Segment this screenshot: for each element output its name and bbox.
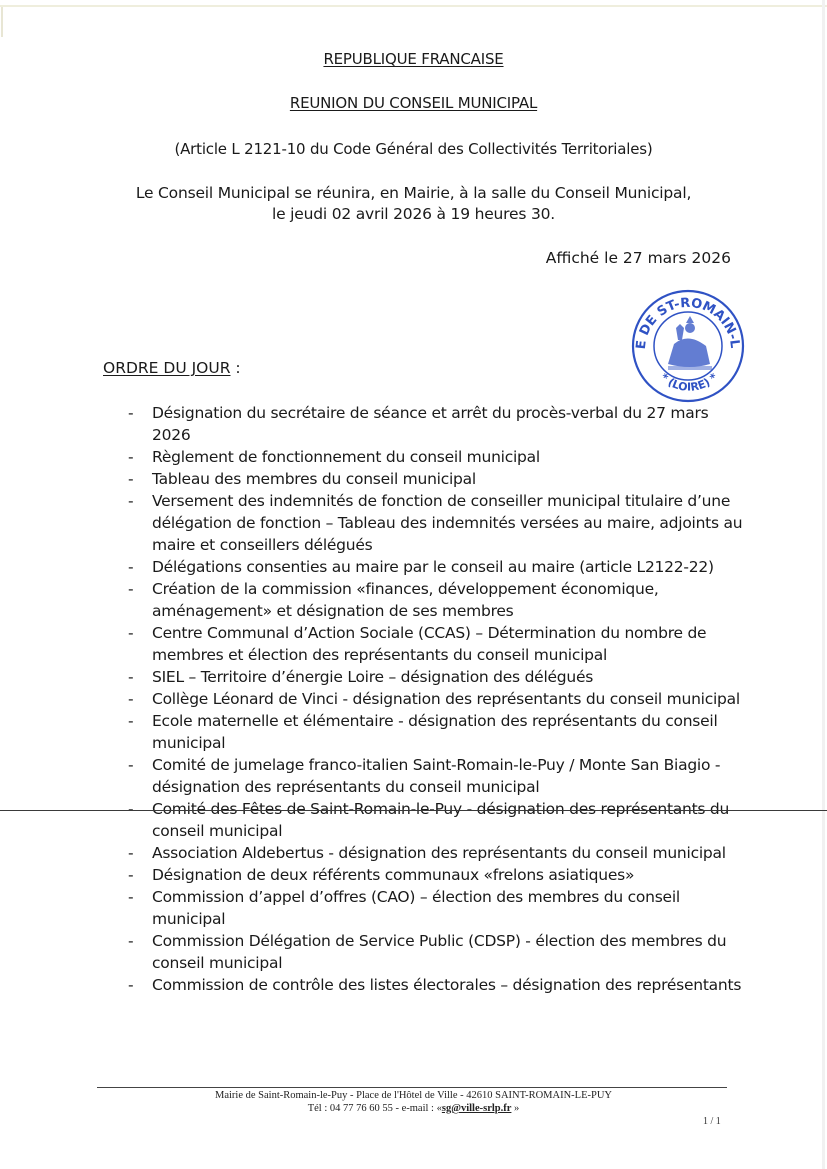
bullet-dash-icon: - xyxy=(128,402,133,424)
agenda-item: -Comité des Fêtes de Saint-Romain-le-Puy… xyxy=(0,798,827,842)
footer-email-suffix: » xyxy=(514,1103,519,1114)
bullet-dash-icon: - xyxy=(128,446,133,468)
agenda-item-text: Règlement de fonctionnement du conseil m… xyxy=(152,448,540,466)
meeting-title: REUNION DU CONSEIL MUNICIPAL xyxy=(0,94,827,112)
agenda-item-text: Collège Léonard de Vinci - désignation d… xyxy=(152,690,740,708)
agenda-item-text: Commission de contrôle des listes électo… xyxy=(152,976,741,994)
footer-contact: Tél : 04 77 76 60 55 - e-mail : «sg@vill… xyxy=(0,1103,827,1114)
bullet-dash-icon: - xyxy=(128,688,133,710)
agenda-item-text: Délégations consenties au maire par le c… xyxy=(152,558,714,576)
bullet-dash-icon: - xyxy=(128,622,133,644)
bullet-dash-icon: - xyxy=(128,864,133,886)
agenda-item-text: Désignation de deux référents communaux … xyxy=(152,866,634,884)
bullet-dash-icon: - xyxy=(128,974,133,996)
agenda-item-text: Comité des Fêtes de Saint-Romain-le-Puy … xyxy=(152,800,729,840)
footer-phone: Tél : 04 77 76 60 55 - e-mail : « xyxy=(308,1103,442,1114)
bullet-dash-icon: - xyxy=(128,842,133,864)
agenda-item: -Règlement de fonctionnement du conseil … xyxy=(0,446,827,468)
agenda-item-text: Ecole maternelle et élémentaire - désign… xyxy=(152,712,718,752)
meeting-title-text: REUNION DU CONSEIL MUNICIPAL xyxy=(290,94,537,112)
agenda-list: -Désignation du secrétaire de séance et … xyxy=(0,402,827,996)
agenda-item-text: Versement des indemnités de fonction de … xyxy=(152,492,742,554)
legal-reference: (Article L 2121-10 du Code Général des C… xyxy=(0,140,827,158)
agenda-item-text: Commission Délégation de Service Public … xyxy=(152,932,726,972)
page-number: 1 / 1 xyxy=(703,1116,721,1127)
bullet-dash-icon: - xyxy=(128,578,133,600)
bullet-dash-icon: - xyxy=(128,490,133,512)
agenda-item: -Délégations consenties au maire par le … xyxy=(0,556,827,578)
agenda-item: -SIEL – Territoire d’énergie Loire – dés… xyxy=(0,666,827,688)
bullet-dash-icon: - xyxy=(128,798,133,820)
agenda-heading-text: ORDRE DU JOUR xyxy=(103,359,231,377)
agenda-item: -Commission d’appel d’offres (CAO) – éle… xyxy=(0,886,827,930)
footer-address: Mairie de Saint-Romain-le-Puy - Place de… xyxy=(0,1090,827,1101)
agenda-item-text: Commission d’appel d’offres (CAO) – élec… xyxy=(152,888,680,928)
agenda-item: -Comité de jumelage franco-italien Saint… xyxy=(0,754,827,798)
agenda-item-text: Désignation du secrétaire de séance et a… xyxy=(152,404,708,444)
posted-date: Affiché le 27 mars 2026 xyxy=(546,249,731,267)
agenda-item: -Désignation de deux référents communaux… xyxy=(0,864,827,886)
republic-heading: REPUBLIQUE FRANCAISE xyxy=(0,50,827,68)
agenda-heading: ORDRE DU JOUR : xyxy=(103,359,241,377)
agenda-item: -Commission Délégation de Service Public… xyxy=(0,930,827,974)
bullet-dash-icon: - xyxy=(128,710,133,732)
agenda-item: -Centre Communal d’Action Sociale (CCAS)… xyxy=(0,622,827,666)
republic-heading-text: REPUBLIQUE FRANCAISE xyxy=(323,50,503,68)
footer-divider xyxy=(97,1087,727,1088)
scan-artifact-top xyxy=(0,5,827,7)
agenda-item-text: Comité de jumelage franco-italien Saint-… xyxy=(152,756,720,796)
meeting-location: Le Conseil Municipal se réunira, en Mair… xyxy=(0,184,827,202)
agenda-item-text: Association Aldebertus - désignation des… xyxy=(152,844,726,862)
scan-artifact-line xyxy=(0,810,827,811)
agenda-item: -Désignation du secrétaire de séance et … xyxy=(0,402,827,446)
agenda-item: -Commission de contrôle des listes élect… xyxy=(0,974,827,996)
agenda-item: -Tableau des membres du conseil municipa… xyxy=(0,468,827,490)
agenda-item: -Création de la commission «finances, dé… xyxy=(0,578,827,622)
agenda-heading-colon: : xyxy=(231,359,241,377)
footer-email-link[interactable]: sg@ville-srlp.fr xyxy=(442,1103,512,1114)
agenda-item: -Collège Léonard de Vinci - désignation … xyxy=(0,688,827,710)
agenda-item: -Ecole maternelle et élémentaire - désig… xyxy=(0,710,827,754)
bullet-dash-icon: - xyxy=(128,666,133,688)
bullet-dash-icon: - xyxy=(128,930,133,952)
meeting-datetime: le jeudi 02 avril 2026 à 19 heures 30. xyxy=(0,205,827,223)
agenda-item-text: SIEL – Territoire d’énergie Loire – dési… xyxy=(152,668,593,686)
svg-text:* (LOIRE) *: * (LOIRE) * xyxy=(658,371,721,394)
scan-artifact-left xyxy=(1,7,3,37)
agenda-item-text: Création de la commission «finances, dév… xyxy=(152,580,659,620)
bullet-dash-icon: - xyxy=(128,754,133,776)
bullet-dash-icon: - xyxy=(128,556,133,578)
bullet-dash-icon: - xyxy=(128,468,133,490)
agenda-item: -Association Aldebertus - désignation de… xyxy=(0,842,827,864)
agenda-item-text: Centre Communal d’Action Sociale (CCAS) … xyxy=(152,624,706,664)
town-hall-stamp-icon: MAIRIE DE ST-ROMAIN-LE-PUY * (LOIRE) * xyxy=(628,288,748,404)
agenda-item-text: Tableau des membres du conseil municipal xyxy=(152,470,476,488)
bullet-dash-icon: - xyxy=(128,886,133,908)
agenda-item: -Versement des indemnités de fonction de… xyxy=(0,490,827,556)
